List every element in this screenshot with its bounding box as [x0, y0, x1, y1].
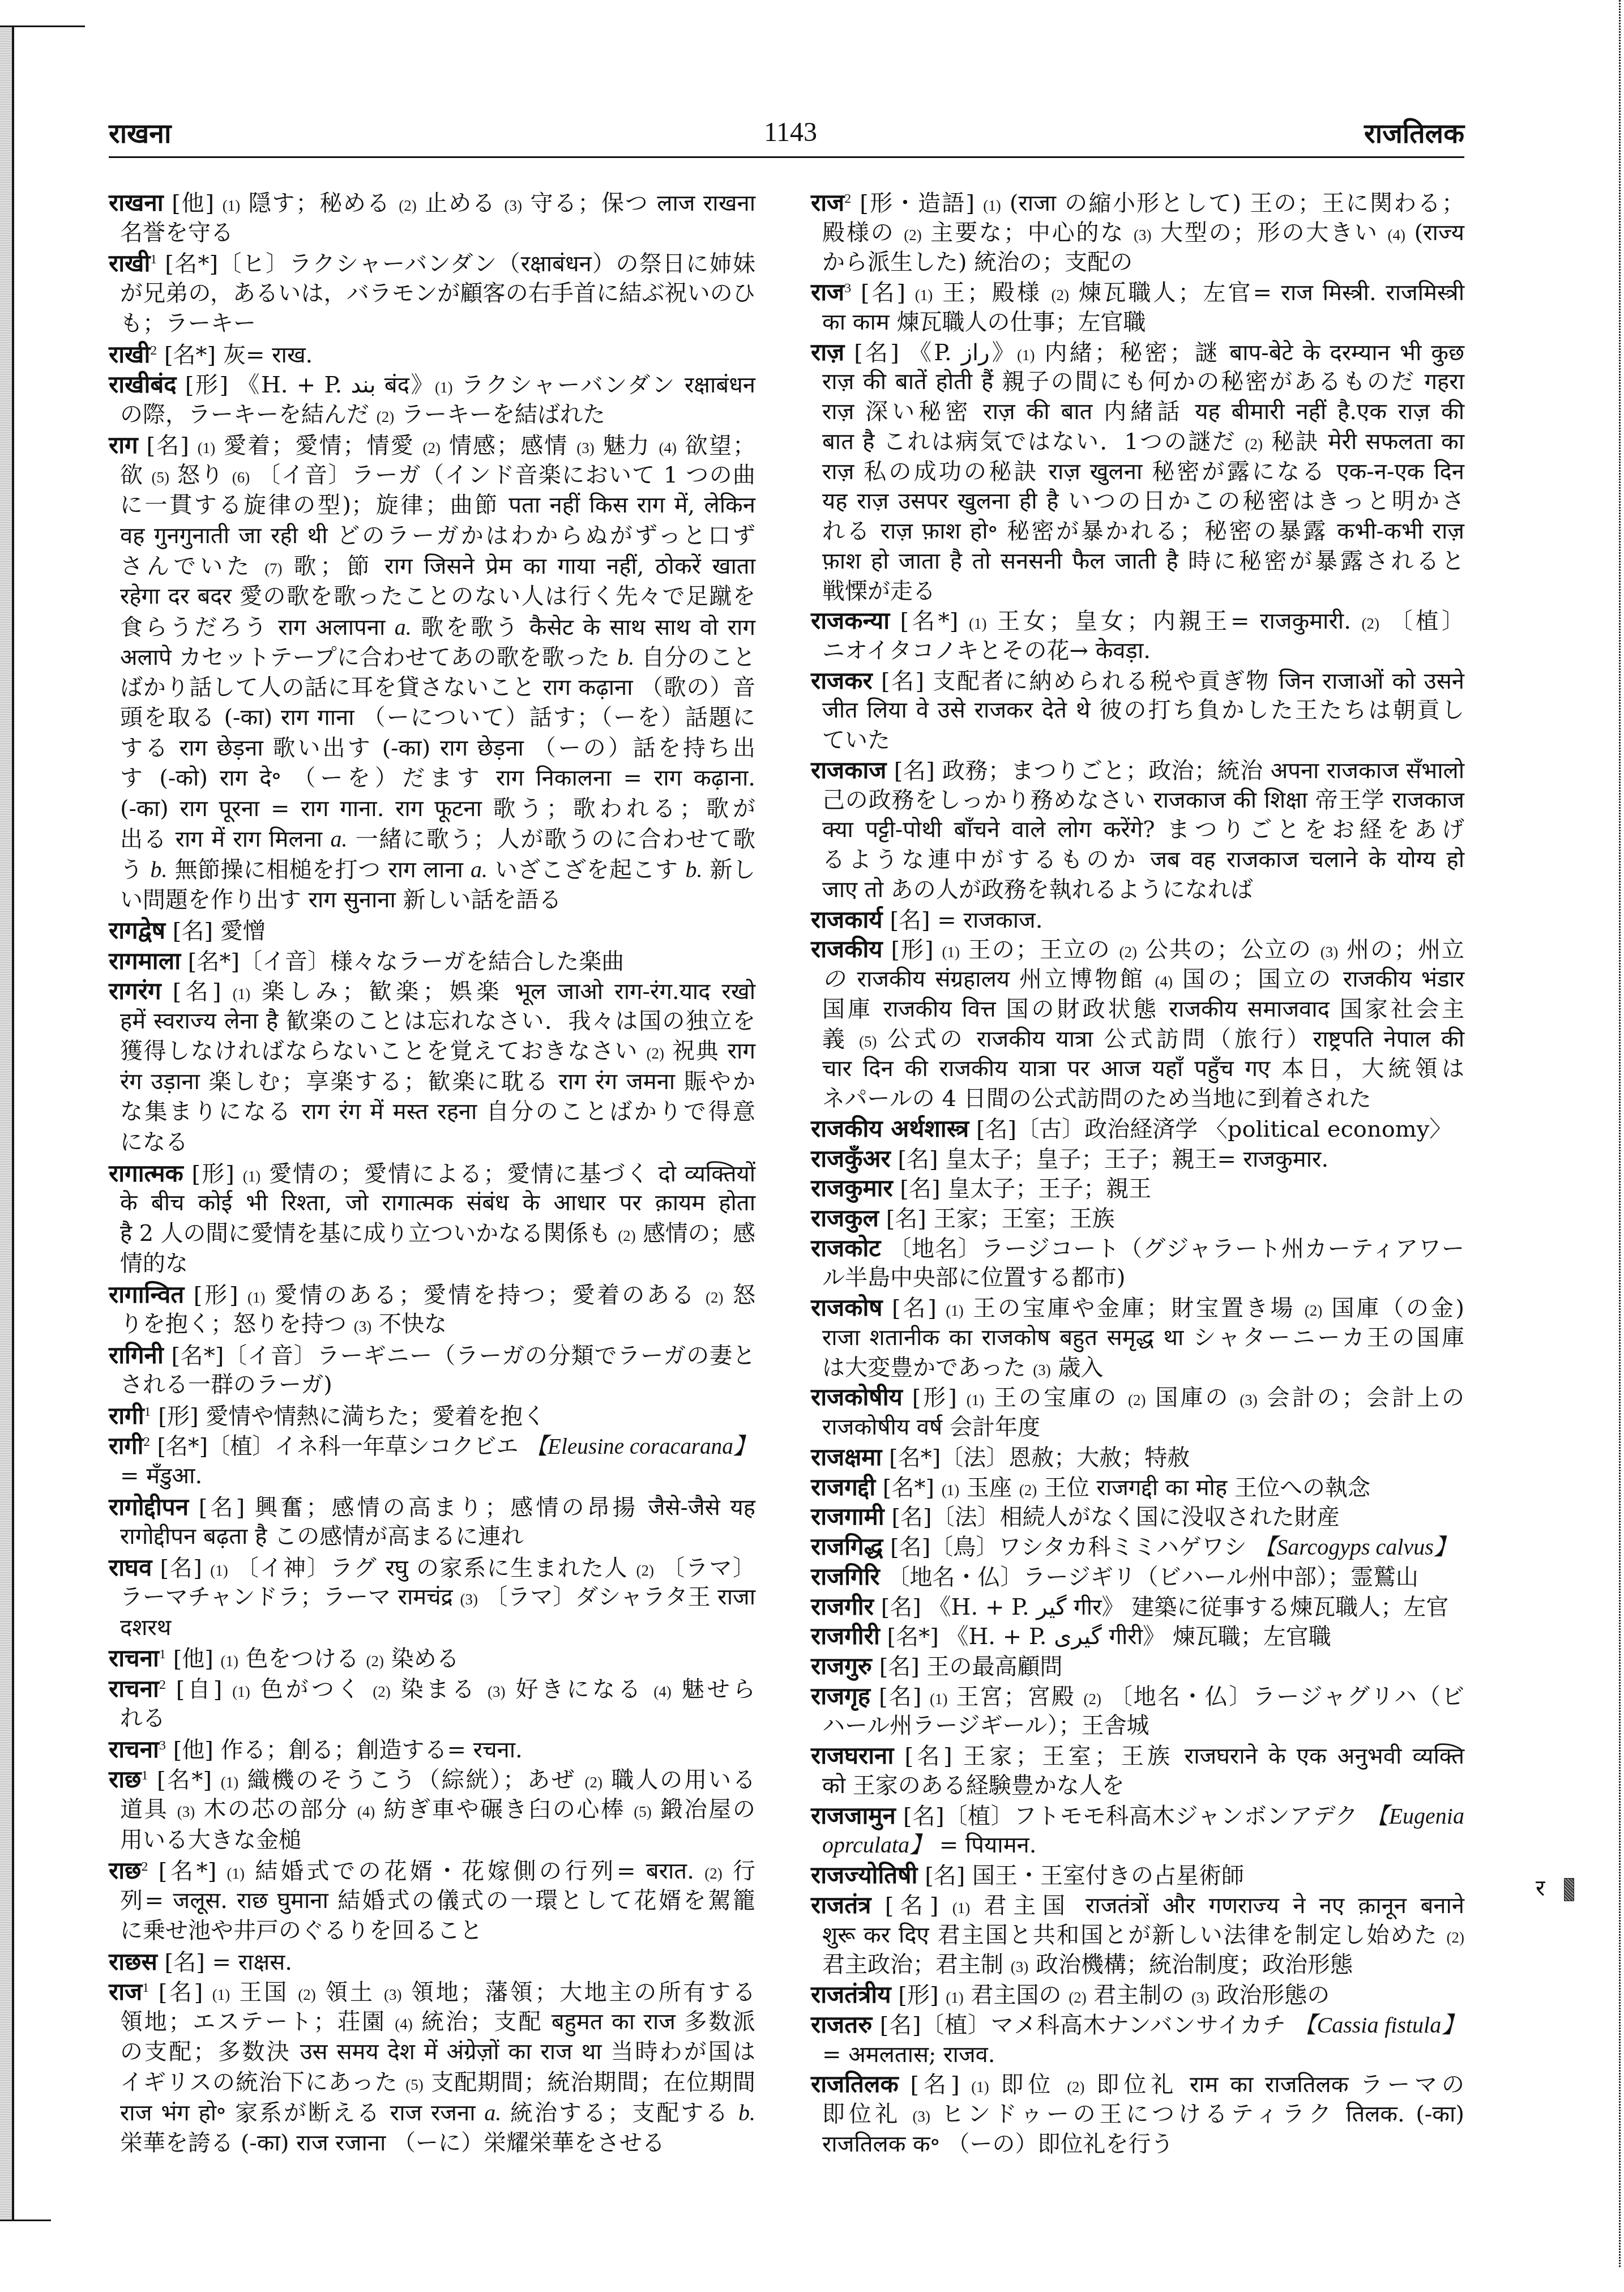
- headword: राचना: [109, 1675, 159, 1702]
- definition-text: [名]: [851, 280, 915, 306]
- italic-text: b.: [151, 857, 168, 882]
- definition-text: [形・造語]: [851, 190, 983, 216]
- definition-text: ハール州ラージギール）；王舎城: [822, 1713, 1149, 1739]
- definition-text: 食らうだろう राग अलापना: [120, 614, 395, 641]
- definition-text: 領地；エステート；荘園: [120, 2009, 395, 2035]
- definition-text: 統治；支配 बहुमत का राज 多数派: [413, 2009, 755, 2035]
- definition-text: 大型の；形の大きい: [1151, 220, 1387, 246]
- entry-first-line: राजज्योतिषी [名] 国王・王室付きの占星術師: [811, 1860, 1464, 1890]
- entry-continuation-line: に一貫する旋律の型)；旋律；曲節 पता नहीं किस राग में, ल…: [109, 490, 755, 521]
- headword: राजतरु: [811, 2011, 872, 2038]
- entry-continuation-line: = मँडुआ.: [109, 1461, 755, 1492]
- definition-text: [名] 王の最高顧問: [872, 1654, 1063, 1680]
- entry-first-line: राखना [他] (1) 隠す；秘める (2) 止める (3) 守る；保つ ल…: [109, 187, 755, 218]
- entry-continuation-line: जाए तो あの人が政務を執れるようになれば: [811, 875, 1464, 905]
- definition-text: (-का) राग पूरना = राग गाना. राग फूटना 歌う…: [120, 796, 755, 822]
- definition-text: 歳入: [1051, 1355, 1104, 1381]
- definition-text: 君主国 राजतंत्रों और गणराज्य ने नए क़ानून ब…: [970, 1893, 1464, 1919]
- sense-number: (1): [952, 1900, 970, 1917]
- definition-text: का काम 煉瓦職人の仕事；左官職: [822, 309, 1146, 335]
- sense-number: (2): [1069, 1989, 1086, 2006]
- sense-number: (4): [653, 1683, 671, 1700]
- headword: राजज्योतिषी: [811, 1861, 917, 1889]
- entry-continuation-line: हमें स्वराज्य लेना है 歓楽のことは忘れなさい．我々は国の独…: [109, 1006, 755, 1037]
- definition-text: 行: [723, 1858, 755, 1884]
- definition-text: [名*]: [890, 608, 969, 634]
- definition-text: 王の宝庫や金庫；財宝置き場: [964, 1295, 1305, 1321]
- sense-number: (5): [151, 469, 169, 486]
- definition-text: るような連中がするものか जब वह राजकाज चलाने के योग्य…: [822, 847, 1464, 873]
- entry-first-line: राजगामी [名]〔法〕相続人がなく国に没収された財産: [811, 1502, 1464, 1532]
- definition-text: ル半島中央部に位置する都市): [822, 1265, 1126, 1291]
- entry-first-line: राजकोट 〔地名〕ラージコート（グジャラート州カーティアワー: [811, 1234, 1464, 1264]
- entry-first-line: रागद्वेष [名] 愛憎: [109, 915, 755, 946]
- homograph-number: 2: [150, 343, 157, 358]
- headword: राजगृह: [811, 1682, 870, 1710]
- left-column: राखना [他] (1) 隠す；秘める (2) 止める (3) 守る；保つ ल…: [109, 187, 755, 2159]
- headword: राजकोष: [811, 1294, 883, 1321]
- definition-text: 魅せら: [672, 1676, 755, 1702]
- definition-text: 色をつける: [238, 1646, 366, 1672]
- definition-text: 染める: [384, 1646, 459, 1672]
- italic-text: b.: [738, 2100, 755, 2125]
- homograph-number: 2: [142, 1859, 148, 1874]
- entry-first-line: राखी1 [名*]〔ヒ〕ラクシャーバンダン（रक्षाबंधन）の祭日に姉妹: [109, 248, 755, 279]
- homograph-number: 1: [142, 1768, 148, 1783]
- sense-number: (3): [354, 1318, 371, 1335]
- entry-continuation-line: の支配；多数決 उस समय देश में अंग्रेज़ों का राज…: [109, 2037, 755, 2068]
- entry-first-line: राजघराना [名] 王家；王室；王族 राजघराने के एक अनु…: [811, 1741, 1464, 1771]
- headword: रागद्वेष: [109, 916, 165, 944]
- sense-number: (1): [223, 197, 240, 214]
- definition-text: 王位 राजगद्दी का मोह 王位への執念: [1037, 1475, 1370, 1501]
- entry-continuation-line: する राग छेड़ना 歌い出す (-का) राग छेड़ना （ーの）…: [109, 733, 755, 764]
- entry-first-line: राज1 [名] (1) 王国 (2) 領土 (3) 領地；藩領；大地主の所有す…: [109, 1977, 755, 2007]
- definition-text: 獲得しなければならないことを覚えておきなさい: [120, 1038, 646, 1064]
- sense-number: (2): [904, 227, 921, 244]
- sense-number: (4): [659, 439, 677, 456]
- definition-text: [名*]〔植〕イネ科一年草シコクビエ: [150, 1433, 525, 1459]
- definition-text: 国庫（の金): [1322, 1295, 1464, 1321]
- definition-text: [名]: [871, 1893, 952, 1919]
- definition-text: 木の芯の部分: [195, 1796, 357, 1822]
- definition-text: [名*]: [875, 1475, 942, 1501]
- definition-text: 〔地名〕ラージコート（グジャラート州カーティアワー: [881, 1236, 1464, 1262]
- entry-first-line: राचना1 [他] (1) 色をつける (2) 染める: [109, 1643, 755, 1674]
- entry-first-line: राजगिद्ध [名]〔鳥〕ワシタカ科ミミハゲワシ 【Sarcogyps ca…: [811, 1532, 1464, 1562]
- page-number: 1143: [734, 112, 847, 153]
- headword: राजक्षमा: [811, 1443, 882, 1471]
- headword: राघव: [109, 1553, 152, 1581]
- definition-text: れる: [120, 1705, 165, 1731]
- definition-text: 領土: [316, 1979, 384, 2005]
- sense-number: (1): [915, 287, 933, 304]
- sense-number: (7): [264, 560, 282, 577]
- entry-continuation-line: को 王家のある経験豊かな人を: [811, 1771, 1464, 1801]
- definition-text: राज़ 深い秘密 राज़ की बात 内緒話 यह बीमारी नहीं…: [822, 399, 1464, 425]
- entry-continuation-line: になる: [109, 1128, 755, 1158]
- entry-continuation-line: 列= जलूस. राछ घुमाना 結婚式の儀式の一環として花婿を駕籠: [109, 1886, 755, 1917]
- sense-number: (2): [646, 1045, 664, 1062]
- entry-first-line: राघव [名] (1) 〔イ神〕ラグ रघु の家系に生まれた人 (2) 〔ラ…: [109, 1552, 755, 1583]
- headword: राज: [811, 278, 844, 306]
- definition-text: 隠す；秘める: [240, 190, 399, 216]
- entry-continuation-line: के बीच कोई भी रिश्ता, जो रागात्मक संबंध …: [109, 1188, 755, 1219]
- entry-continuation-line: るような連中がするものか जब वह राजकाज चलाने के योग्य…: [811, 845, 1464, 875]
- definition-text: 染まる: [391, 1676, 488, 1702]
- entry-continuation-line: う b. 無節操に相槌を打つ राग लाना a. いざこざを起こす b. 新…: [109, 855, 755, 885]
- headword: राजकुँअर: [811, 1145, 891, 1172]
- entry-continuation-line: な集まりになる राग रंग में मस्त रहना 自分のことばかりで得…: [109, 1097, 755, 1128]
- running-head-first-entry: राखना: [109, 113, 171, 154]
- definition-text: 欲: [120, 462, 151, 488]
- homograph-number: 1: [142, 1981, 149, 1995]
- homograph-number: 2: [844, 191, 851, 206]
- sense-number: (1): [435, 379, 452, 396]
- definition-text: [名]〔古〕政治経済学 〈political economy〉: [969, 1116, 1452, 1142]
- entry-continuation-line: ハール州ラージギール）；王舎城: [811, 1711, 1464, 1741]
- sense-number: (1): [212, 1986, 230, 2003]
- entry-first-line: रागोद्दीपन [名] 興奮；感情の高まり；感情の昂揚 जैसे-जैसे…: [109, 1492, 755, 1522]
- entry-first-line: रागात्मक [形] (1) 愛情の；愛情による；愛情に基づく दो व्य…: [109, 1158, 755, 1189]
- definition-text: 〔ラマ〕ダシャラタ王 राजा: [478, 1584, 755, 1610]
- sense-number: (2): [399, 197, 416, 214]
- headword: राजकुमार: [811, 1174, 893, 1202]
- definition-text: 即位礼 राम का राजतिलक ラーマの: [1085, 2072, 1464, 2098]
- definition-text: जीत लिया वे उसे राजकर देते थे 彼の打ち負かした王た…: [822, 697, 1464, 723]
- definition-text: बात है これは病気ではない．1つの謎だ: [822, 429, 1245, 455]
- definition-text: [名*]〔イ音〕様々なラーガを結合した楽曲: [181, 949, 624, 975]
- sense-number: (5): [859, 1033, 877, 1050]
- definition-text: [名] 王家；王室；王族: [879, 1206, 1115, 1232]
- sense-number: (5): [405, 2076, 423, 2093]
- entry-first-line: रागी2 [名*]〔植〕イネ科一年草シコクビエ 【Eleusine corac…: [109, 1431, 755, 1461]
- definition-text: 君主政治；君主制: [822, 1952, 1011, 1978]
- definition-text: 欲望；: [677, 433, 755, 459]
- definition-text: いざこざを起こす: [488, 857, 686, 883]
- entry-continuation-line: りを抱く；怒りを持つ (3) 不快な: [109, 1309, 755, 1340]
- sense-number: (2): [1067, 2078, 1084, 2095]
- sense-number: (2): [618, 1227, 635, 1244]
- entry-continuation-line: ていた: [811, 725, 1464, 756]
- definition-text: 歌；節 राग जिसने प्रेम का गाया नहीं, ठोकरें…: [283, 553, 755, 579]
- definition-text: 怒: [724, 1282, 756, 1308]
- definition-text: हमें स्वराज्य लेना है 歓楽のことは忘れなさい．我々は国の独…: [120, 1008, 755, 1034]
- definition-text: 煉瓦職人；左官= राज मिस्त्री. राजमिस्त्री: [1069, 280, 1464, 306]
- definition-text: [名] = राजकाज.: [883, 907, 1043, 933]
- entry-continuation-line: 情的な: [109, 1249, 755, 1279]
- sense-number: (1): [983, 197, 1001, 214]
- definition-text: रागोद्दीपन बढ़ता है この感情が高まるに連れ: [120, 1523, 523, 1550]
- definition-text: 支配期間；統治期間；在位期間: [424, 2069, 755, 2095]
- definition-text: [名]: [152, 1555, 210, 1581]
- header-rule: [109, 156, 1464, 158]
- headword: राजकर: [811, 667, 873, 694]
- definition-text: [名*]: [148, 1767, 221, 1793]
- definition-text: 情感；感情: [441, 433, 576, 459]
- definition-text: [名]: [870, 1684, 930, 1710]
- definition-text: 即位礼: [822, 2101, 912, 2127]
- headword: राजजामुन: [811, 1802, 896, 1829]
- definition-text: イギリスの統治下にあった: [120, 2069, 405, 2095]
- definition-text: する राग छेड़ना 歌い出す (-का) राग छेड़ना （ーの）…: [120, 735, 755, 761]
- definition-text: [他]: [166, 1646, 221, 1672]
- entry-continuation-line: 戦慄が走る: [811, 577, 1464, 607]
- sense-number: (4): [395, 2016, 412, 2033]
- entry-continuation-line: は大変豊かであった (3) 歳入: [811, 1353, 1464, 1383]
- entry-continuation-line: है 2 人の間に愛情を基に成り立ついかなる関係も (2) 感情の；感: [109, 1219, 755, 1249]
- headword: राखी: [109, 249, 150, 277]
- entry-first-line: राजकन्या [名*] (1) 王女；皇女；内親王= राजकुमारी. …: [811, 606, 1464, 636]
- definition-text: 出る राग में राग मिलना: [120, 826, 330, 852]
- definition-text: शुरू कर दिए 君主国と共和国とが新しい法律を制定し始めた: [822, 1922, 1447, 1948]
- definition-text: = मँडुआ.: [120, 1463, 202, 1489]
- headword: राखी: [109, 340, 150, 368]
- headword: राजकोट: [811, 1234, 881, 1262]
- definition-text: [他] 作る；創る；創造する= रचना.: [166, 1737, 523, 1763]
- entry-first-line: राजगुरु [名] 王の最高顧問: [811, 1651, 1464, 1681]
- entry-continuation-line: वह गुनगुनाती जा रही थी どのラーガかはわからぬがずっと口ず: [109, 521, 755, 552]
- italic-text: の: [822, 966, 847, 992]
- entry-first-line: राजकोष [名] (1) 王の宝庫や金庫；財宝置き場 (2) 国庫（の金): [811, 1293, 1464, 1323]
- entry-first-line: राजगद्दी [名*] (1) 玉座 (2) 王位 राजगद्दी का …: [811, 1472, 1464, 1503]
- definition-text: 領地；藩領；大地主の所有する: [402, 1979, 755, 2005]
- definition-text: [名*]〔イ音〕ラーギニー（ラーガの分類でラーガの妻と: [164, 1343, 755, 1369]
- definition-text: [名]〔植〕マメ科高木ナンバンサイカチ: [872, 2012, 1293, 2038]
- definition-text: (राजा の縮小形として) 王の；王に関わる；: [1001, 190, 1464, 216]
- entry-continuation-line: から派生した) 統治の；支配の: [811, 247, 1464, 278]
- entry-first-line: राजजामुन [名]〔植〕フトモモ科高木ジャンボンアデク 【Eugenia: [811, 1801, 1464, 1831]
- headword: राजकीय: [811, 935, 883, 963]
- sense-number: (2): [298, 1986, 315, 2003]
- entry-first-line: राग [名] (1) 愛着；愛情；情愛 (2) 情感；感情 (3) 魅力 (4…: [109, 430, 755, 460]
- definition-text: राजकीय संग्रहालय 州立博物館: [847, 966, 1155, 992]
- sense-number: (3): [1320, 944, 1338, 961]
- entry-first-line: रागी1 [形] 愛情や情熱に満ちた；愛着を抱く: [109, 1401, 755, 1431]
- entry-first-line: राजकाज [名] 政務；まつりごと；政治；統治 अपना राजकाज सँ…: [811, 756, 1464, 786]
- entry-first-line: राजतिलक [名] (1) 即位 (2) 即位礼 राम का राजतिल…: [811, 2069, 1464, 2099]
- sense-number: (2): [1051, 287, 1069, 304]
- entry-continuation-line: 栄華を誇る (-का) राज रजाना （ーに）栄耀栄華をさせる: [109, 2128, 755, 2159]
- scan-edge-corner-bottom: [0, 2220, 51, 2221]
- italic-text: a.: [484, 2100, 501, 2125]
- entry-continuation-line: に乗せ池や井戸のぐるりを回ること: [109, 1916, 755, 1947]
- definition-text: 王宮；宮殿: [948, 1684, 1084, 1710]
- entry-continuation-line: यह राज़ उसपर खुलना ही है いつの日かこの秘密はきっと明か…: [811, 486, 1464, 517]
- headword: राजकीय अर्थशास्त्र: [811, 1115, 969, 1142]
- definition-text: りを抱く；怒りを持つ: [120, 1311, 354, 1337]
- definition-text: 紡ぎ車や碾き臼の心棒: [375, 1796, 634, 1822]
- definition-text: [名]: [883, 1295, 946, 1321]
- definition-text: = पियामन.: [932, 1832, 1036, 1858]
- italic-text: 【Eleusine coracarana】: [525, 1433, 755, 1459]
- definition-text: の際，ラーキーを結んだ: [120, 402, 377, 428]
- sense-number: (2): [366, 1653, 383, 1670]
- headword: राजगिरि: [811, 1563, 880, 1590]
- definition-text: 主要な；中心的な: [922, 220, 1134, 246]
- entry-continuation-line: す (-को) राग दे॰ （ーを）だます राग निकालना = रा…: [109, 763, 755, 794]
- entry-continuation-line: される一群のラーガ): [109, 1370, 755, 1401]
- sense-number: (1): [969, 615, 986, 632]
- entry-continuation-line: 国庫 राजकीय वित्त 国の財政状態 राजकीय समाजवाद 国家…: [811, 995, 1464, 1025]
- thumb-index-letter: र: [1536, 1872, 1545, 1904]
- definition-text: も；ラーキー: [120, 310, 256, 336]
- definition-text: 新し: [702, 857, 755, 883]
- entry-first-line: राजकीय अर्थशास्त्र [名]〔古〕政治経済学 〈politica…: [811, 1114, 1464, 1144]
- definition-text: 不快な: [371, 1311, 447, 1337]
- headword: राजगीर: [811, 1593, 874, 1620]
- homograph-number: 1: [144, 1405, 151, 1419]
- headword: राजगद्दी: [811, 1473, 875, 1501]
- headword: रागी: [109, 1402, 144, 1429]
- definition-text: 情的な: [120, 1250, 188, 1277]
- entry-continuation-line: 君主政治；君主制 (3) 政治機構；統治制度；政治形態: [811, 1950, 1464, 1980]
- definition-text: [形]: [891, 1982, 946, 2008]
- entry-continuation-line: れる: [109, 1704, 755, 1734]
- definition-text: れる राज़ फ़ाश हो॰ 秘密が暴かれる；秘密の暴露 कभी-कभी र…: [822, 518, 1464, 544]
- entry-continuation-line: का काम 煉瓦職人の仕事；左官職: [811, 308, 1464, 338]
- sense-number: (1): [198, 439, 215, 456]
- definition-text: ラーキーを結ばれた: [394, 402, 605, 428]
- entry-continuation-line: イギリスの統治下にあった (5) 支配期間；統治期間；在位期間: [109, 2068, 755, 2098]
- definition-text: (राज्य: [1405, 220, 1464, 246]
- entry-continuation-line: दशरथ: [109, 1613, 755, 1644]
- headword: रागिनी: [109, 1341, 164, 1369]
- sense-number: (4): [1155, 973, 1172, 990]
- entry-first-line: राजक्षमा [名*]〔法〕恩赦；大赦；特赦: [811, 1442, 1464, 1472]
- italic-text: oprculata】: [822, 1832, 932, 1858]
- definition-text: [名]: [138, 433, 198, 459]
- definition-text: [自]: [166, 1676, 232, 1702]
- definition-text: रंग उड़ाना 楽しむ；享楽する；歓楽に耽る राग रंग जमना 賑…: [120, 1069, 755, 1095]
- entry-first-line: राजगिरि 〔地名・仏〕ラージギリ（ビハール州中部）；霊鷲山: [811, 1562, 1464, 1592]
- entry-continuation-line: राज़ की बातें होती हैं 親子の間にも何かの秘密があるものだ…: [811, 367, 1464, 397]
- definition-text: फ़ाश हो जाता है तो सनसनी फैल जाती है 時に秘…: [822, 548, 1464, 574]
- entry-continuation-line: ラーマチャンドラ；ラーマ रामचंद्र (3) 〔ラマ〕ダシャラタ王 राज…: [109, 1582, 755, 1613]
- definition-text: う: [120, 857, 151, 883]
- entry-first-line: राछ2 [名*] (1) 結婚式での花婿・花嫁側の行列= बरात. (2) …: [109, 1855, 755, 1886]
- entry-continuation-line: अलापे カセットテープに合わせてあの歌を歌った b. 自分のこと: [109, 642, 755, 673]
- definition-text: [名] 皇太子；皇子；王子；親王= राजकुमार.: [891, 1146, 1328, 1172]
- sense-number: (3): [384, 1986, 401, 2003]
- definition-text: है 2 人の間に愛情を基に成り立ついかなる関係も: [120, 1220, 618, 1247]
- thumb-index-tab: [1564, 1878, 1574, 1901]
- sense-number: (2): [1084, 1691, 1101, 1708]
- definition-text: 王国: [230, 1979, 298, 2005]
- sense-number: (3): [488, 1683, 505, 1700]
- definition-text: 一緒に歌う；人が歌うのに合わせて歌: [347, 826, 755, 852]
- definition-text: 王；殿様: [933, 280, 1051, 306]
- definition-text: [名]: [161, 979, 233, 1005]
- definition-text: [形] 《H. + P. بند बंद》: [177, 372, 435, 398]
- definition-text: 政治形態の: [1210, 1982, 1330, 2008]
- headword: राजगीरी: [811, 1622, 880, 1650]
- entry-continuation-line: राज़ 私の成功の秘訣 राज़ खुलना 秘密が露になる एक-न-एक …: [811, 457, 1464, 487]
- definition-text: [名] 愛憎: [165, 918, 266, 944]
- definition-text: が兄弟の，あるいは，バラモンが顧客の右手首に結ぶ祝いのひ: [120, 280, 755, 306]
- entry-first-line: राछस [名] = राक्षस.: [109, 1947, 755, 1977]
- definition-text: 自分のこと: [634, 645, 755, 671]
- sense-number: (3): [460, 1591, 477, 1608]
- definition-text: 王女；皇女；内親王= राजकुमारी.: [986, 608, 1361, 634]
- sense-number: (3): [504, 197, 522, 214]
- sense-number: (2): [706, 1289, 723, 1306]
- headword: राचना: [109, 1644, 159, 1672]
- entry-first-line: राजकुल [名] 王家；王室；王族: [811, 1203, 1464, 1234]
- entry-first-line: राजतंत्रीय [形] (1) 君主国の (2) 君主制の (3) 政治形…: [811, 1980, 1464, 2010]
- entry-continuation-line: oprculata】 = पियामन.: [811, 1830, 1464, 1860]
- entry-first-line: राज2 [形・造語] (1) (राजा の縮小形として) 王の；王に関わる；: [811, 188, 1464, 218]
- definition-text: [名]: [149, 1979, 212, 2005]
- entry-first-line: राखीबंद [形] 《H. + P. بند बंद》(1) ラクシャーバン…: [109, 369, 755, 400]
- definition-text: राजकोषीय वर्ष 会計年度: [822, 1414, 1040, 1440]
- headword: राचना: [109, 1735, 159, 1763]
- sense-number: (1): [930, 1691, 947, 1708]
- definition-text: 戦慄が走る: [822, 578, 935, 604]
- entry-continuation-line: राजतिलक क॰ （ーの）即位礼を行う: [811, 2129, 1464, 2159]
- headword: राजगुरु: [811, 1652, 872, 1680]
- definition-text: 道具: [120, 1796, 177, 1822]
- sense-number: (1): [232, 1683, 250, 1700]
- headword: राजतिलक: [811, 2070, 899, 2098]
- sense-number: (2): [1245, 436, 1263, 453]
- definition-text: [名*] 《H. + P. گیری गीरी》 煉瓦職；左官職: [880, 1624, 1331, 1650]
- sense-number: (2): [704, 1865, 722, 1882]
- definition-text: 〔イ音〕ラーガ（インド音楽において 1 つの曲: [250, 462, 755, 488]
- headword: राज: [811, 189, 844, 216]
- entry-continuation-line: が兄弟の，あるいは，バラモンが顧客の右手首に結ぶ祝いのひ: [109, 279, 755, 309]
- definition-text: [形]: [903, 1385, 967, 1411]
- definition-text: राज़ की बातें होती हैं 親子の間にも何かの秘密があるものだ…: [822, 369, 1464, 395]
- definition-text: ばかり話して人の話に耳を貸さないこと राग कढ़ाना （歌の）音: [120, 675, 755, 701]
- definition-text: [名] 政務；まつりごと；政治；統治 अपना राजकाज सँभालो: [887, 758, 1464, 784]
- headword: रागमाला: [109, 947, 181, 975]
- entry-continuation-line: も；ラーキー: [109, 309, 755, 339]
- entry-continuation-line: राज भंग हो॰ 家系が断える राज रजना a. 統治する；支配する…: [109, 2098, 755, 2128]
- italic-text: 【Eugenia: [1366, 1803, 1464, 1829]
- definition-text: 即位: [989, 2072, 1067, 2098]
- definition-text: ネパールの 4 日間の公式訪問のため当地に到着された: [822, 1086, 1371, 1112]
- entry-continuation-line: राजा शतानीक का राजकोष बहुत समृद्ध था シャタ…: [811, 1323, 1464, 1353]
- sense-number: (1): [1017, 347, 1035, 364]
- definition-text: राज भंग हो॰ 家系が断える राज रजना: [120, 2100, 484, 2126]
- entry-continuation-line: の राजकीय संग्रहालय 州立博物館 (4) 国の；国立の राजक…: [811, 964, 1464, 995]
- definition-text: [名*]〔法〕恩赦；大赦；特赦: [882, 1445, 1190, 1471]
- definition-text: 州の；州立: [1338, 937, 1464, 963]
- sense-number: (1): [247, 1289, 265, 1306]
- sense-number: (3): [1011, 1958, 1028, 1975]
- sense-number: (2): [636, 1562, 654, 1579]
- sense-number: (1): [942, 1482, 959, 1499]
- entry-continuation-line: 道具 (3) 木の芯の部分 (4) 紡ぎ車や碾き臼の心棒 (5) 鍛冶屋の: [109, 1795, 755, 1825]
- definition-text: 愛情の；愛情による；愛情に基づく दो व्यक्तियों: [260, 1161, 755, 1187]
- definition-text: 君主制の: [1087, 1982, 1191, 2008]
- sense-number: (1): [971, 2078, 989, 2095]
- definition-text: 愛着；愛情；情愛: [215, 433, 422, 459]
- right-column: राज2 [形・造語] (1) (राजा の縮小形として) 王の；王に関わる；…: [811, 188, 1464, 2159]
- entry-continuation-line: い問題を作り出す राग सुनाना 新しい話を語る: [109, 885, 755, 916]
- sense-number: (1): [227, 1865, 245, 1882]
- headword: राजतंत्र: [811, 1891, 871, 1919]
- definition-text: 秘訣 मेरी सफलता का: [1263, 429, 1464, 455]
- sense-number: (4): [357, 1803, 375, 1820]
- homograph-number: 1: [159, 1647, 166, 1662]
- definition-text: ラクシャーバンダン रक्षाबंधन: [453, 372, 756, 398]
- definition-text: क्या पट्टी-पोथी बाँचने वाले लोग करेंगे? …: [822, 817, 1464, 843]
- entry-continuation-line: रागोद्दीपन बढ़ता है この感情が高まるに連れ: [109, 1522, 755, 1552]
- entry-continuation-line: 己の政務をしっかり務めなさい राजकाज की शिक्षा 帝王学 राजक…: [811, 786, 1464, 816]
- italic-text: a.: [330, 826, 347, 852]
